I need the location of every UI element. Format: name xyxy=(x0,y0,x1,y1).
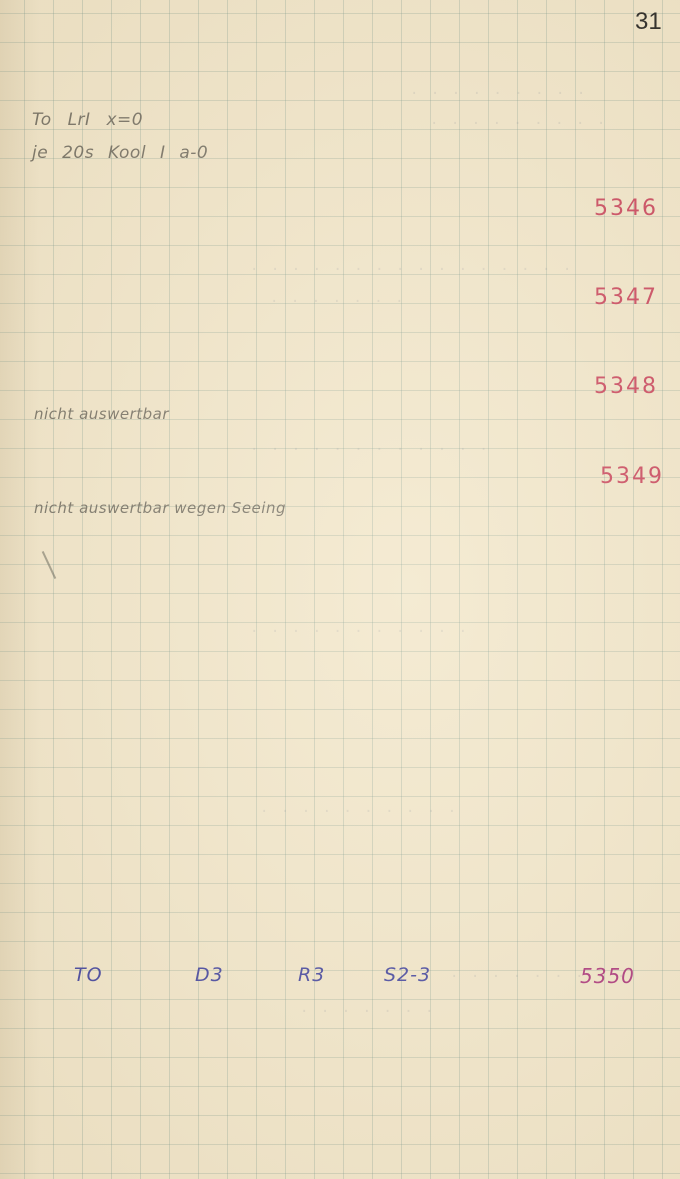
bleed-through-text: . . . . . . . xyxy=(270,290,406,306)
bleed-through-text: . . . . . . . . . xyxy=(410,82,587,98)
pencil-stroke xyxy=(42,551,56,579)
footer-col-4: S2-3 xyxy=(384,966,431,985)
bleed-through-text: . . . . . . . . . xyxy=(430,112,607,128)
entry-note: nicht auswertbar xyxy=(34,407,169,422)
entry-note: nicht auswertbar wegen Seeing xyxy=(34,501,286,516)
header-note-line-1: To LrI x=0 xyxy=(32,112,143,129)
entry-number: 5349 xyxy=(600,466,664,488)
entry-number: 5347 xyxy=(594,287,658,309)
bleed-through-text: . . . . . . . . . . . . xyxy=(250,438,490,454)
footer-entry-number: 5350 xyxy=(580,966,635,986)
footer-col-2: D3 xyxy=(195,966,224,985)
entry-number: 5348 xyxy=(594,376,658,398)
bleed-through-text: . . . . . . . . . . . xyxy=(250,620,469,636)
notebook-page: . . . . . . . . . . . . . . . . . . . . … xyxy=(0,0,680,1179)
bleed-through-text: . . . . . . . . . . xyxy=(260,800,458,816)
footer-col-1: TO xyxy=(74,966,103,985)
entry-number: 5346 xyxy=(594,198,658,220)
bleed-through-text: . . . . . . . . . . . . . . . . xyxy=(250,258,573,274)
bleed-through-text: . . . . . . . xyxy=(300,1000,436,1016)
header-note-line-2: je 20s Kool I a-0 xyxy=(32,145,208,162)
footer-col-3: R3 xyxy=(298,966,325,985)
page-number: 31 xyxy=(635,10,662,34)
